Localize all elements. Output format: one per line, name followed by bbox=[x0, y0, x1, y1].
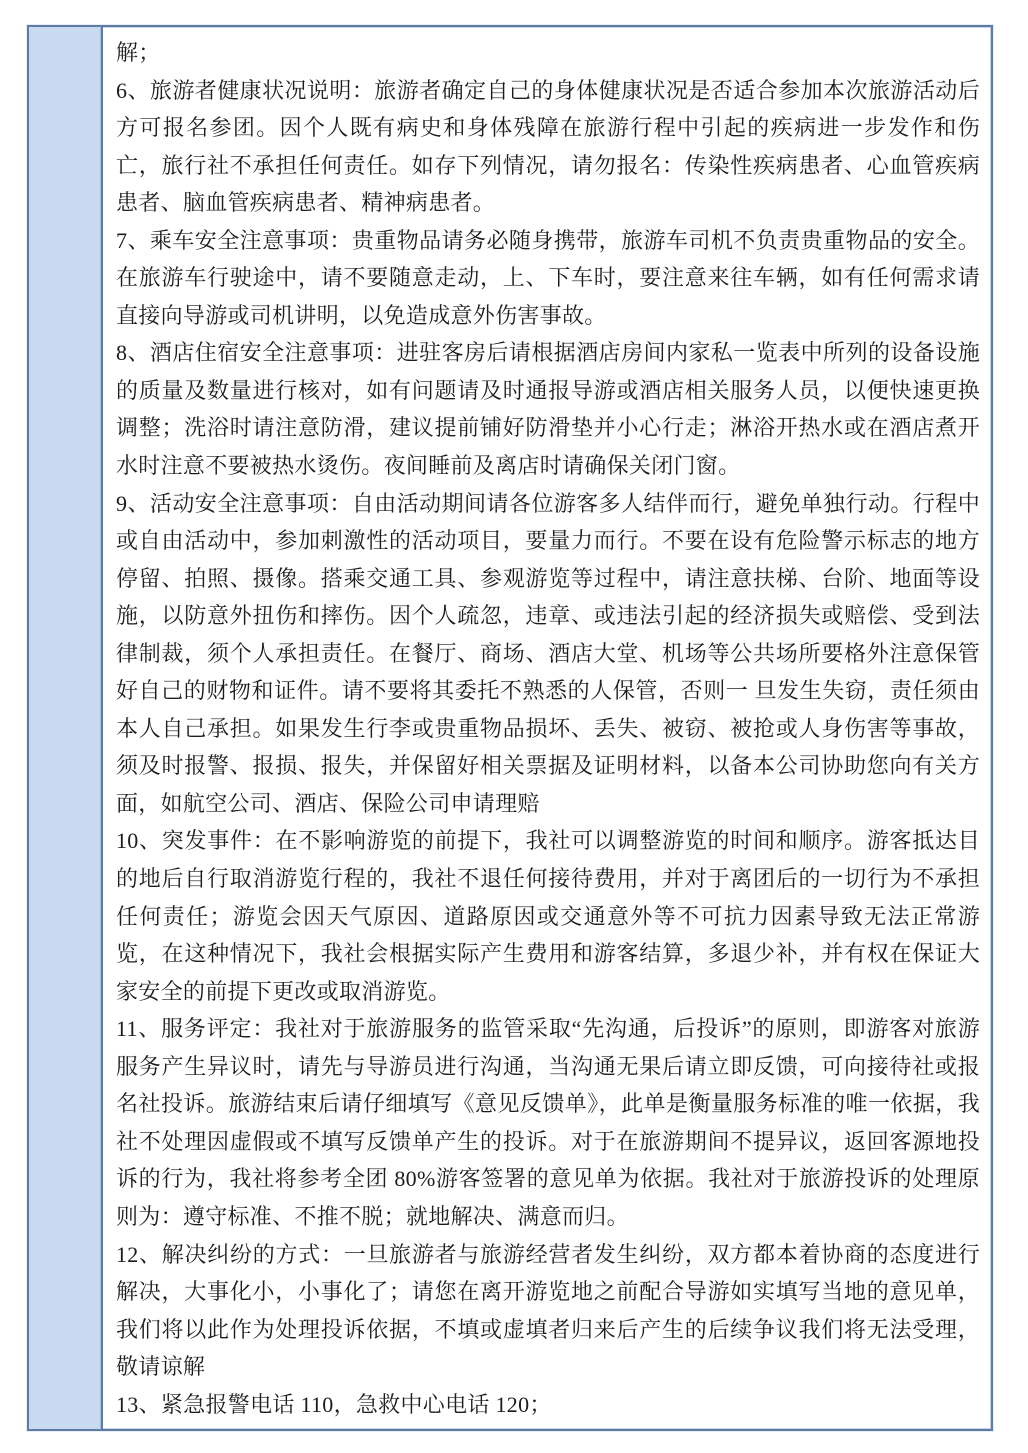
notice-table: 解； 6、旅游者健康状况说明：旅游者确定自己的身体健康状况是否适合参加本次旅游活… bbox=[27, 25, 993, 1431]
notice-item-6: 6、旅游者健康状况说明：旅游者确定自己的身体健康状况是否适合参加本次旅游活动后方… bbox=[116, 72, 980, 222]
notice-item-10: 10、突发事件：在不影响游览的前提下，我社可以调整游览的时间和顺序。游客抵达目的… bbox=[116, 822, 980, 1010]
notice-item-7: 7、乘车安全注意事项：贵重物品请务必随身携带，旅游车司机不负责贵重物品的安全。在… bbox=[116, 222, 980, 335]
document-page: 解； 6、旅游者健康状况说明：旅游者确定自己的身体健康状况是否适合参加本次旅游活… bbox=[0, 0, 1028, 1453]
notice-content-cell: 解； 6、旅游者健康状况说明：旅游者确定自己的身体健康状况是否适合参加本次旅游活… bbox=[103, 27, 991, 1429]
notice-item-12: 12、解决纠纷的方式：一旦旅游者与旅游经营者发生纠纷，双方都本着协商的态度进行解… bbox=[116, 1236, 980, 1386]
notice-item-8: 8、酒店住宿安全注意事项：进驻客房后请根据酒店房间内家私一览表中所列的设备设施的… bbox=[116, 334, 980, 484]
paragraph-continuation: 解； bbox=[116, 34, 980, 72]
table-label-cell bbox=[29, 27, 103, 1429]
notice-item-11: 11、服务评定：我社对于旅游服务的监管采取“先沟通，后投诉”的原则，即游客对旅游… bbox=[116, 1010, 980, 1235]
notice-item-13: 13、紧急报警电话 110，急救中心电话 120； bbox=[116, 1386, 980, 1424]
notice-item-9: 9、活动安全注意事项：自由活动期间请各位游客多人结伴而行，避免单独行动。行程中或… bbox=[116, 485, 980, 823]
